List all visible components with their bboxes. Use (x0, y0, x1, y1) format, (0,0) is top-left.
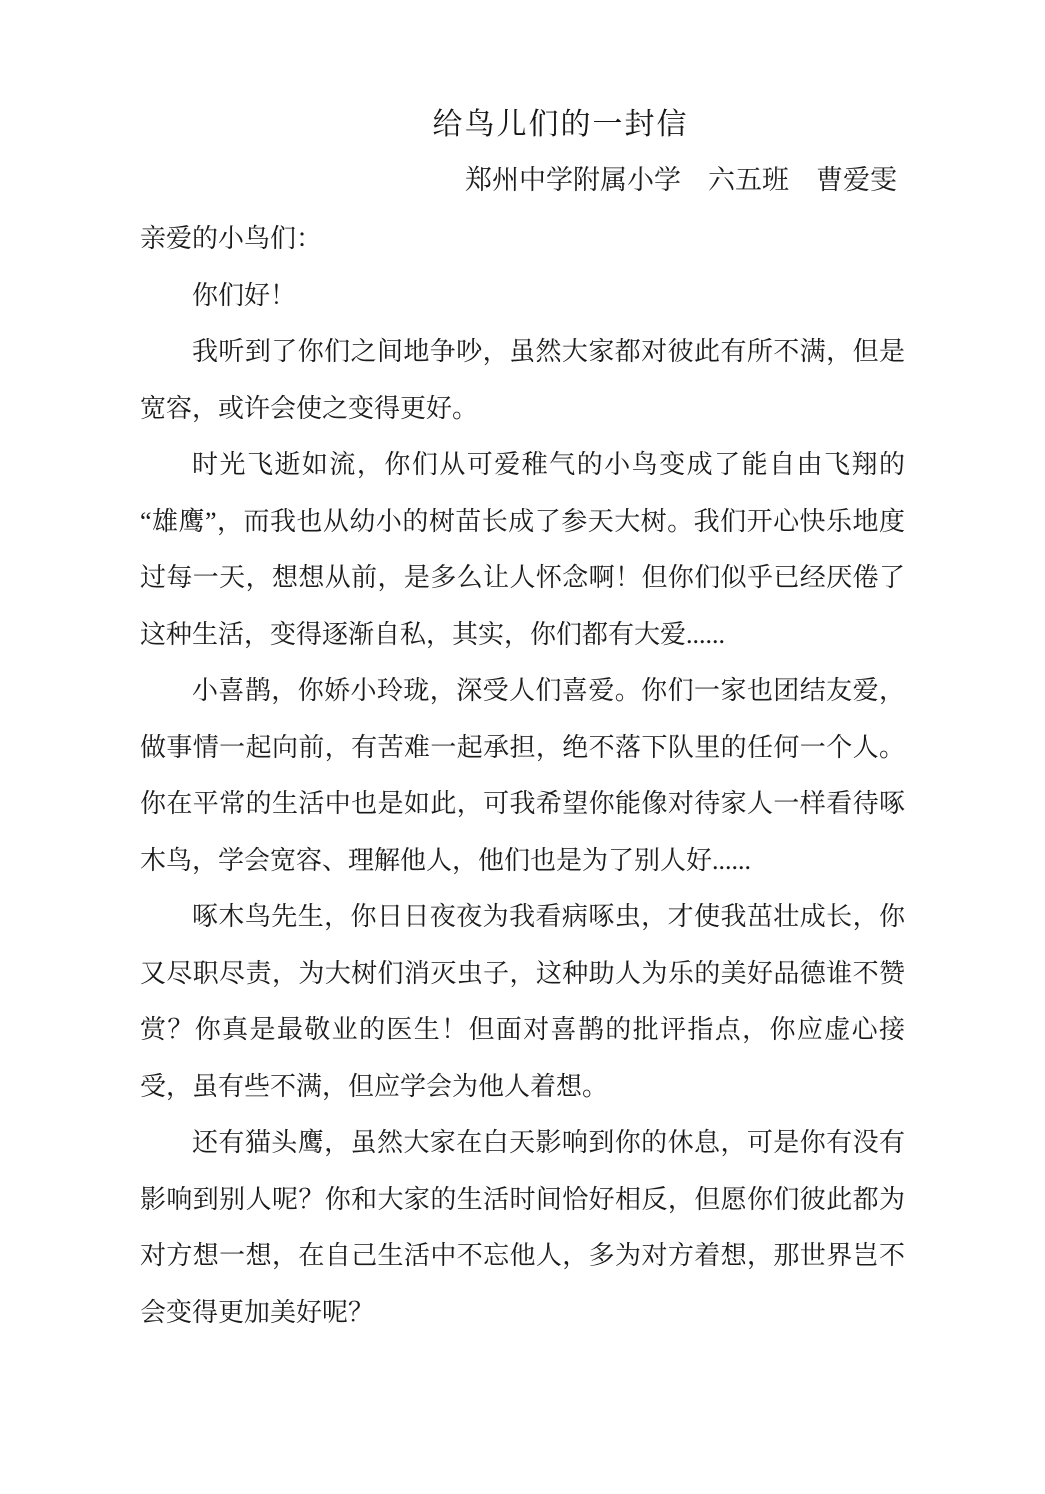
document-page: 给鸟儿们的一封信 郑州中学附属小学 六五班 曹爱雯 亲爱的小鸟们： 你们好！ 我… (0, 0, 1045, 1494)
salutation: 亲爱的小鸟们： (140, 211, 905, 268)
paragraph-time-flies: 时光飞逝如流，你们从可爱稚气的小鸟变成了能自由飞翔的“雄鹰”，而我也从幼小的树苗… (140, 437, 905, 663)
document-title: 给鸟儿们的一封信 (216, 107, 905, 143)
paragraph-greeting: 你们好！ (140, 268, 905, 325)
letter-body: 亲爱的小鸟们： 你们好！ 我听到了你们之间地争吵，虽然大家都对彼此有所不满，但是… (140, 211, 905, 1341)
paragraph-magpie: 小喜鹊，你娇小玲珑，深受人们喜爱。你们一家也团结友爱，做事情一起向前，有苦难一起… (140, 663, 905, 889)
paragraph-woodpecker: 啄木鸟先生，你日日夜夜为我看病啄虫，才使我茁壮成长，你又尽职尽责，为大树们消灭虫… (140, 889, 905, 1115)
paragraph-owl: 还有猫头鹰，虽然大家在白天影响到你的休息，可是你有没有影响到别人呢？你和大家的生… (140, 1115, 905, 1341)
author-byline: 郑州中学附属小学 六五班 曹爱雯 (140, 164, 897, 196)
paragraph-intro: 我听到了你们之间地争吵，虽然大家都对彼此有所不满，但是宽容，或许会使之变得更好。 (140, 324, 905, 437)
